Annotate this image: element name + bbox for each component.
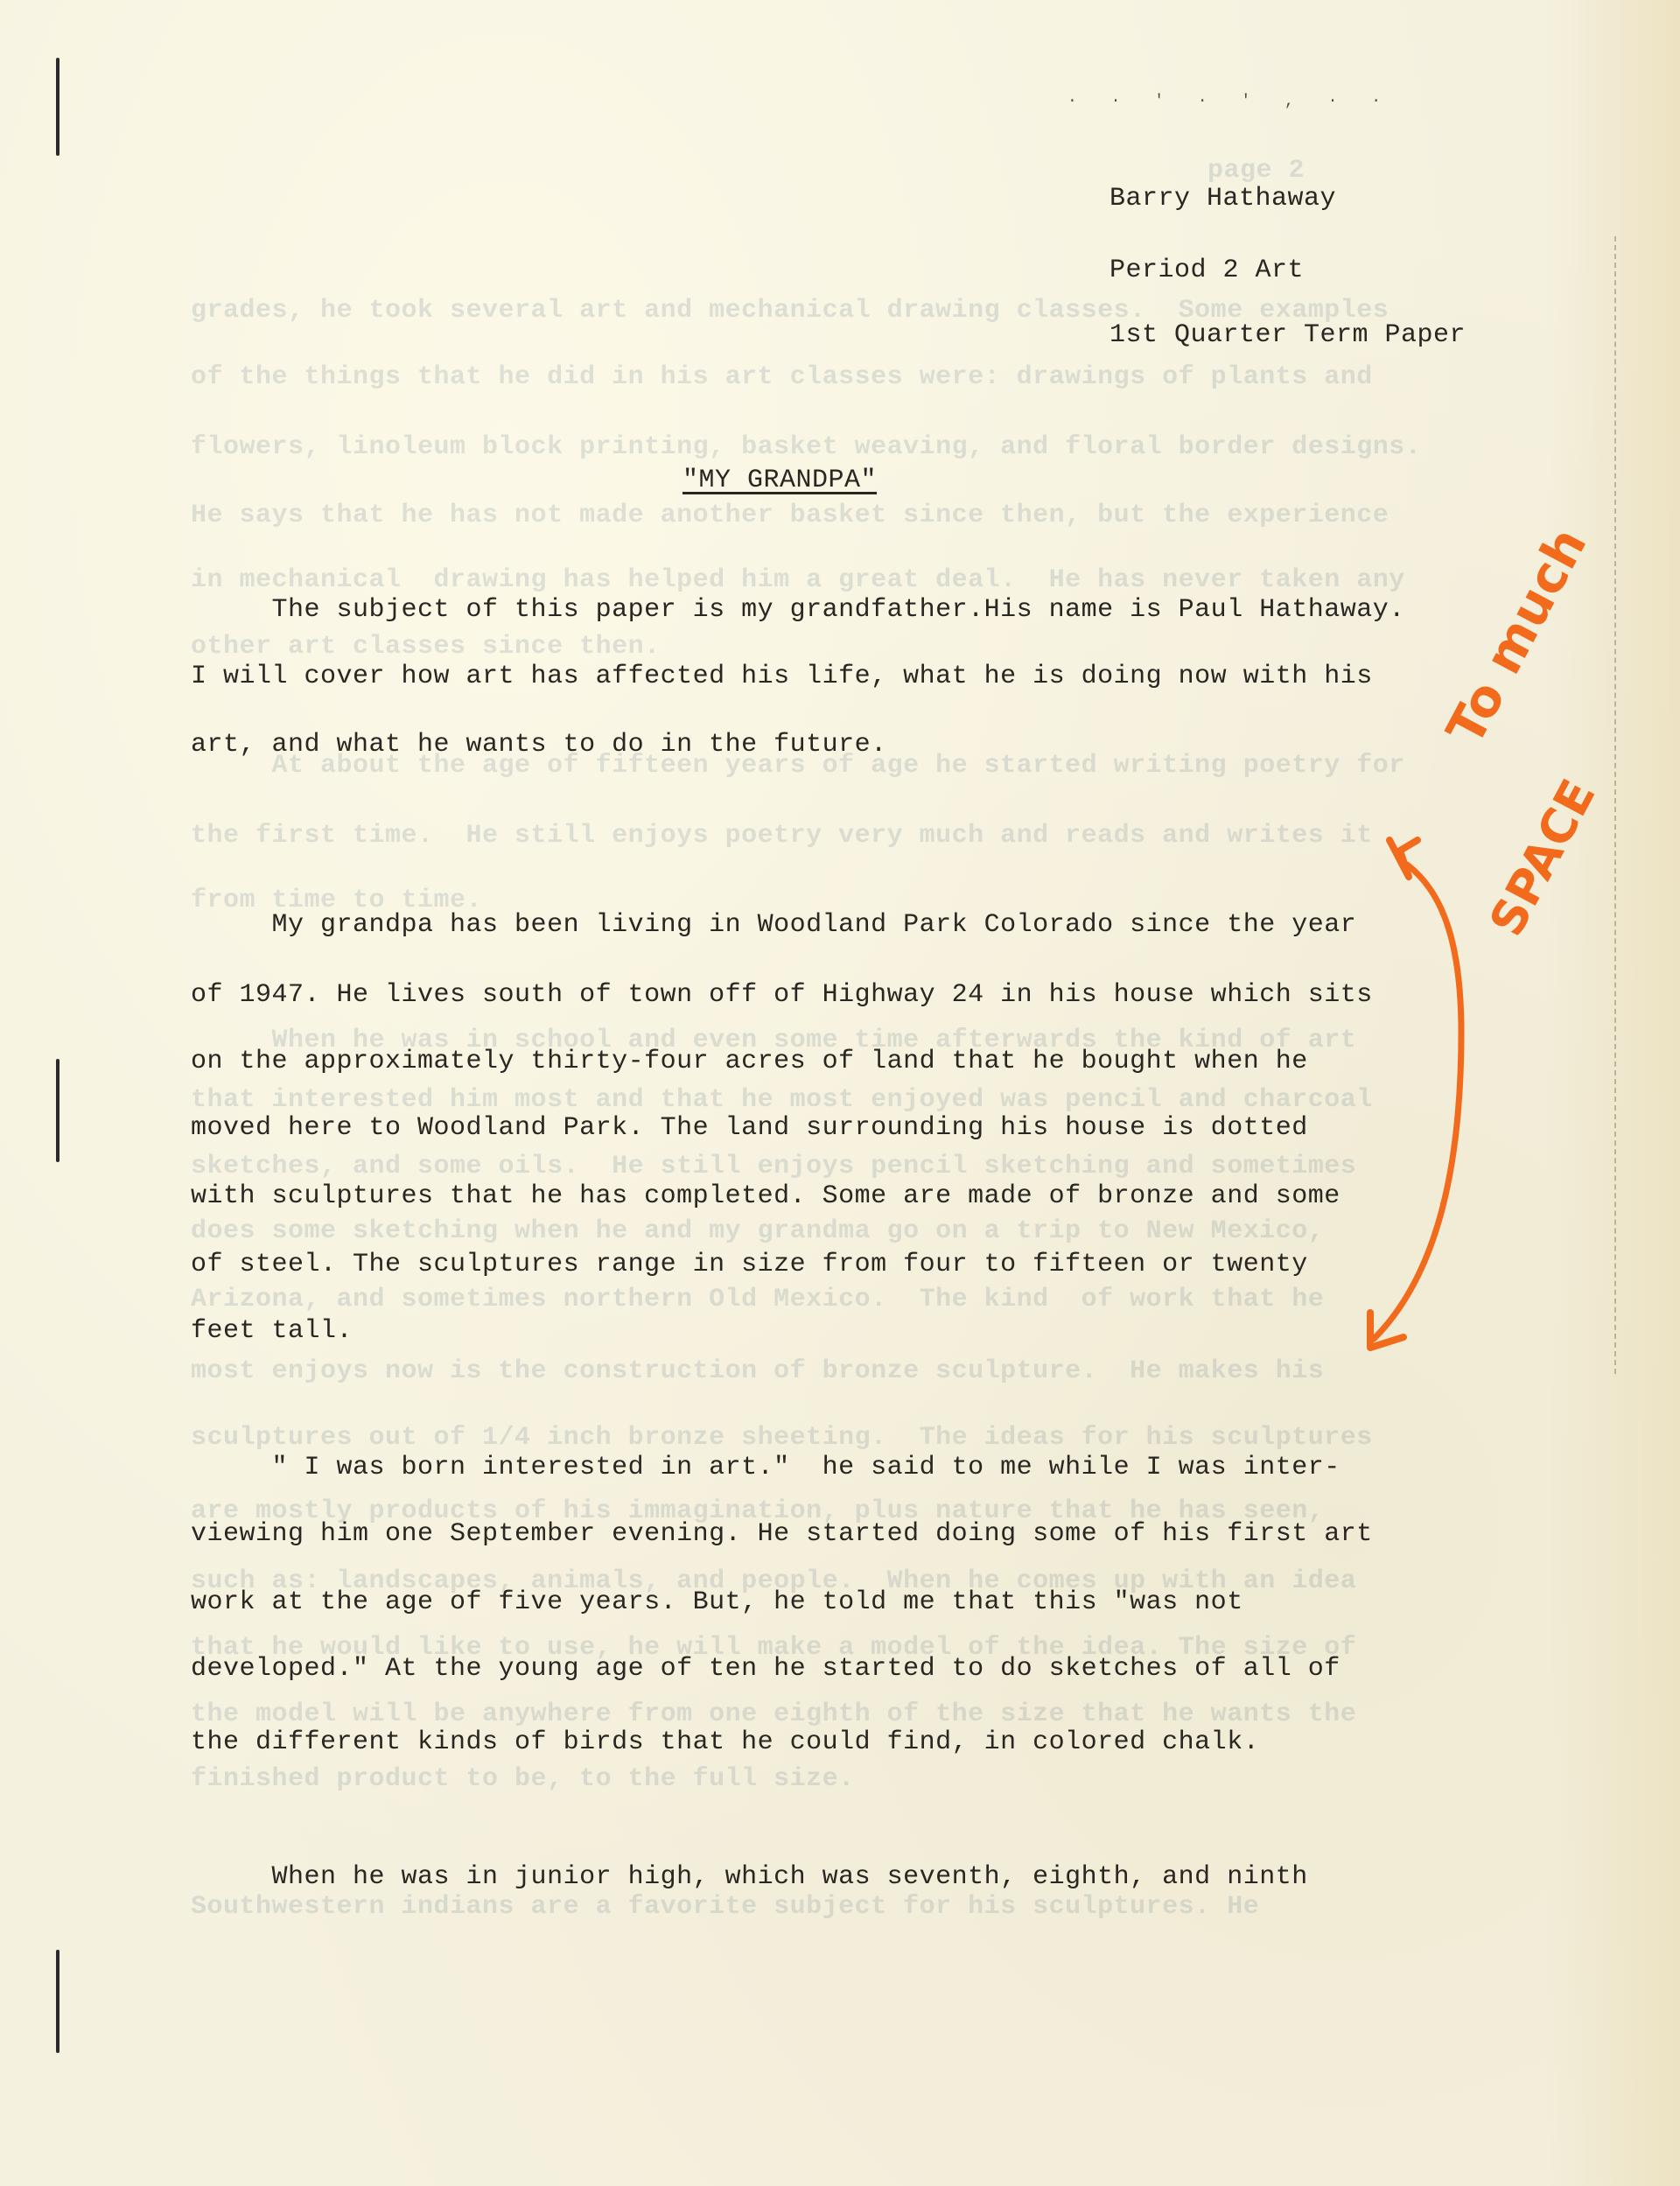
staple-mark-middle xyxy=(56,1059,59,1162)
author-name: Barry Hathaway xyxy=(1109,184,1336,214)
assignment-title: 1st Quarter Term Paper xyxy=(1109,320,1466,350)
bleed-page-label: page 2 xyxy=(1207,156,1305,186)
annotation-arrow-icon xyxy=(1347,630,1662,1383)
class-period: Period 2 Art xyxy=(1109,256,1304,285)
staple-mark-top xyxy=(56,58,59,156)
staple-mark-bottom xyxy=(56,1950,59,2053)
typewriter-tick-marks: · · ' · ' , · · xyxy=(1067,93,1393,110)
paper-title: "MY GRANDPA" xyxy=(682,466,877,495)
teacher-annotation: To much space xyxy=(1347,630,1662,1383)
